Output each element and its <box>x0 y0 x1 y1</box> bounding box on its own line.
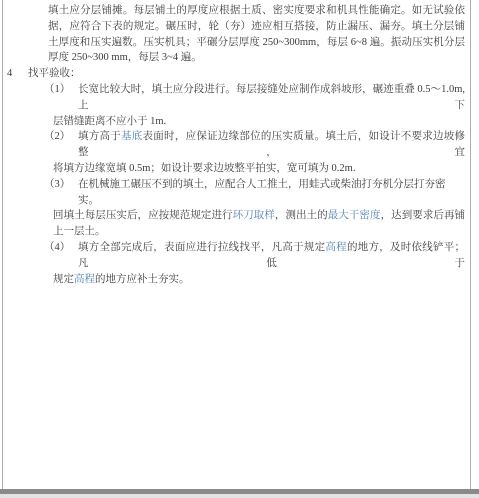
text-run: 回填土每层压实后，应按规范规定进行 <box>53 210 233 221</box>
subitem-2: （2）填方高于基底表面时，应保证边缘部位的压实质量。填土后，如设计不要求边坡修整… <box>3 129 470 176</box>
text-line: 上一层土。 <box>53 224 465 240</box>
subitem-marker: （1） <box>44 82 78 114</box>
document-page: 填土应分层铺摊。每层铺土的厚度应根据土质、密实度要求和机具性能确定。如无试验依据… <box>2 0 471 490</box>
text-line: 长宽比较大时，填土应分段进行。每层接缝处应制作成斜坡形，碾迹重叠 0.5～1.0… <box>78 82 465 114</box>
text-line: 将填方边缘宽填 0.5m；如设计要求边坡整平拍实，宽可填为 0.2m. <box>53 161 465 177</box>
subitem-marker: （2） <box>44 129 78 161</box>
subitem-first-line: （2）填方高于基底表面时，应保证边缘部位的压实质量。填土后，如设计不要求边坡修整… <box>44 129 465 161</box>
text-line: 土厚度和压实遍数。压实机具；平碾分层厚度 250~300mm，每层 6~8 遍。… <box>48 35 465 51</box>
text-run: 土厚度和压实遍数。压实机具；平碾分层厚度 250~300mm，每层 6~8 遍。… <box>48 37 465 48</box>
text-line: 回填土每层压实后，应按规范规定进行环刀取样，测出土的最大干密度，达到要求后再铺 <box>53 208 465 224</box>
text-line: 规定高程的地方应补土夯实。 <box>53 272 465 288</box>
paragraph-fill-soil-layering: 填土应分层铺摊。每层铺土的厚度应根据土质、密实度要求和机具性能确定。如无试验依据… <box>3 3 470 66</box>
subitem-first-line: （3）在机械施工碾压不到的填土，应配合人工推土，用蛙式或柴油打夯机分层打夯密实。 <box>44 177 465 209</box>
subitem-3: （3）在机械施工碾压不到的填土，应配合人工推土，用蛙式或柴油打夯机分层打夯密实。… <box>3 177 470 240</box>
section-title: 找平验收： <box>28 68 81 79</box>
text-run: 填土应分层铺摊。每层铺土的厚度应根据土质、密实度要求和机具性能确定。如无试验依 <box>48 5 465 16</box>
term-link[interactable]: 环刀取样 <box>233 210 275 221</box>
subitem-first-line: （4）填方全部完成后，表面应进行拉线找平，凡高于规定高程的地方，及时依线铲平；凡… <box>44 240 465 272</box>
term-link[interactable]: 高程 <box>74 274 95 285</box>
text-run: 长宽比较大时，填土应分段进行。每层接缝处应制作成斜坡形，碾迹重叠 0.5～1.0… <box>78 84 465 111</box>
term-link[interactable]: 基底 <box>121 131 143 142</box>
text-line: 厚度 250~300 mm，每层 3~4 遍。 <box>48 50 465 66</box>
text-run: ，测出土的 <box>275 210 328 221</box>
subitem-first-line: （1）长宽比较大时，填土应分段进行。每层接缝处应制作成斜坡形，碾迹重叠 0.5～… <box>44 82 465 114</box>
page-background <box>0 494 479 498</box>
subitem-4: （4）填方全部完成后，表面应进行拉线找平，凡高于规定高程的地方，及时依线铲平；凡… <box>3 240 470 287</box>
subitem-1: （1）长宽比较大时，填土应分段进行。每层接缝处应制作成斜坡形，碾迹重叠 0.5～… <box>3 82 470 129</box>
text-run: 规定 <box>53 274 74 285</box>
document-content: 填土应分层铺摊。每层铺土的厚度应根据土质、密实度要求和机具性能确定。如无试验依据… <box>3 3 470 287</box>
text-run: 厚度 250~300 mm，每层 3~4 遍。 <box>48 52 202 63</box>
term-link[interactable]: 最大干密度 <box>328 210 381 221</box>
text-line: 在机械施工碾压不到的填土，应配合人工推土，用蛙式或柴油打夯机分层打夯密实。 <box>78 177 465 209</box>
text-line: 填方全部完成后，表面应进行拉线找平，凡高于规定高程的地方，及时依线铲平；凡低于 <box>78 240 465 272</box>
text-run: 填方全部完成后，表面应进行拉线找平，凡高于规定 <box>78 242 325 253</box>
term-link[interactable]: 高程 <box>325 242 347 253</box>
text-run: 将填方边缘宽填 0.5m；如设计要求边坡整平拍实，宽可填为 0.2m. <box>53 163 355 174</box>
subitem-marker: （3） <box>44 177 78 209</box>
subitem-marker: （4） <box>44 240 78 272</box>
text-run: 层错缝距离不应小于 1m. <box>53 116 166 127</box>
text-line: 据，应符合下表的规定。碾压时，轮（夯）迹应相互搭接，防止漏压、漏夯。填土分层铺 <box>48 19 465 35</box>
text-run: 据，应符合下表的规定。碾压时，轮（夯）迹应相互搭接，防止漏压、漏夯。填土分层铺 <box>48 21 465 32</box>
text-run: 在机械施工碾压不到的填土，应配合人工推土，用蛙式或柴油打夯机分层打夯密实。 <box>78 179 446 206</box>
text-line: 填土应分层铺摊。每层铺土的厚度应根据土质、密实度要求和机具性能确定。如无试验依 <box>48 3 465 19</box>
text-run: 的地方应补土夯实。 <box>95 274 190 285</box>
text-run: 上一层土。 <box>53 226 106 237</box>
section-number: 4 <box>7 66 28 82</box>
text-run: 填方高于 <box>78 131 121 142</box>
text-line: 层错缝距离不应小于 1m. <box>53 114 465 130</box>
text-line: 填方高于基底表面时，应保证边缘部位的压实质量。填土后，如设计不要求边坡修整，宜 <box>78 129 465 161</box>
section-heading-4: 4找平验收： <box>7 66 470 82</box>
text-run: ，达到要求后再铺 <box>381 210 465 221</box>
